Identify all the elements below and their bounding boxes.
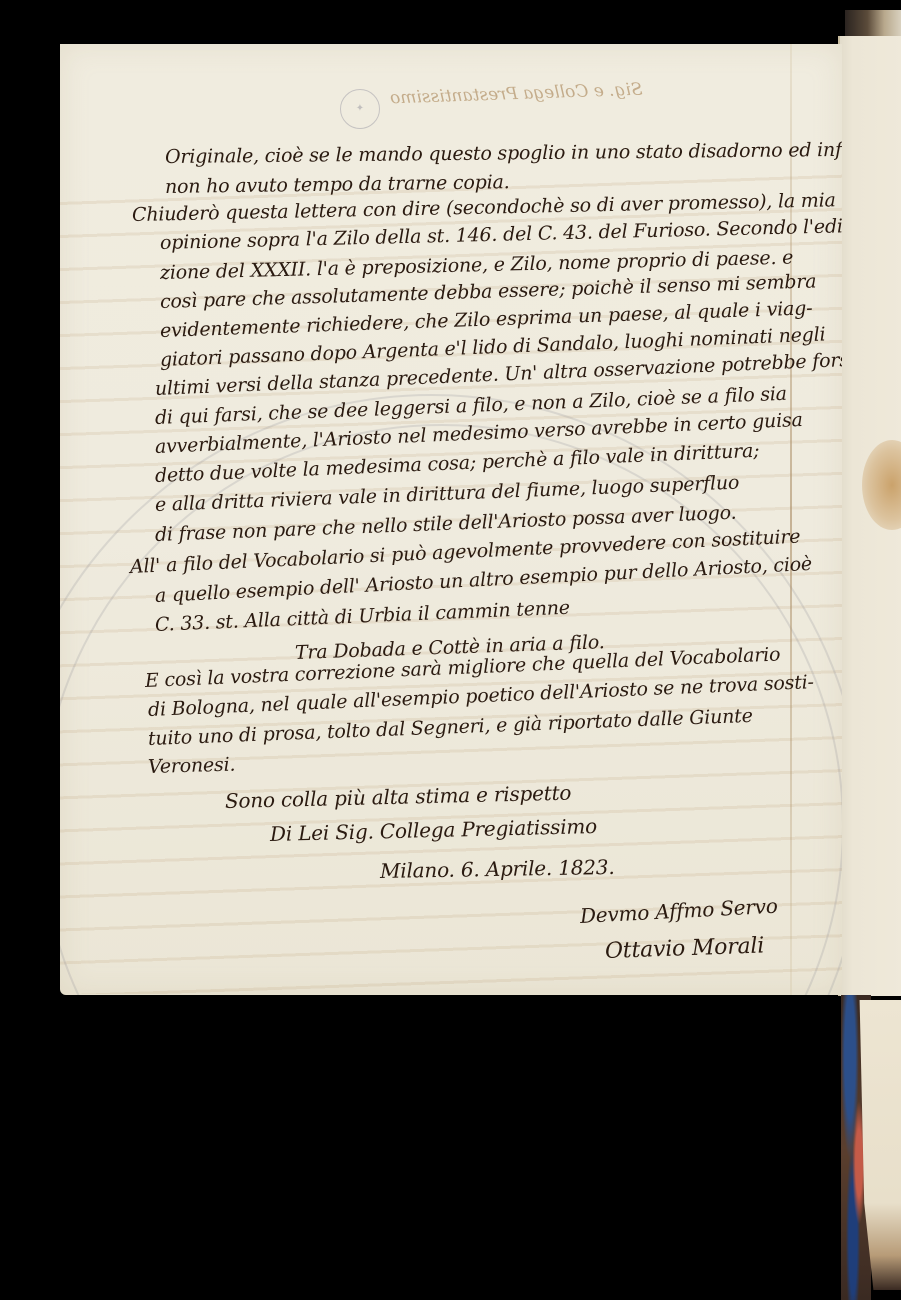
closing-line: Sono colla più alta stima e rispetto (225, 781, 572, 813)
signature: Ottavio Morali (605, 933, 765, 964)
letter-line: non ho avuto tempo da trarne copia. (165, 171, 510, 198)
library-stamp-icon: ✦ (340, 89, 380, 129)
page-fold-line (790, 44, 792, 995)
place-date: Milano. 6. Aprile. 1823. (380, 855, 615, 883)
scan-background: ✦ Sig. e Collega Prestantissimo Original… (0, 0, 901, 1300)
valediction: Devmo Affmo Servo (579, 894, 778, 928)
letter-line: Originale, cioè se le mando questo spogl… (165, 138, 842, 168)
letter-line: Veronesi. (148, 754, 236, 778)
letter-page: ✦ Sig. e Collega Prestantissimo Original… (60, 44, 842, 995)
bleed-through-address: Sig. e Collega Prestantissimo (390, 80, 643, 109)
closing-address: Di Lei Sig. Collega Pregiatissimo (270, 814, 598, 846)
